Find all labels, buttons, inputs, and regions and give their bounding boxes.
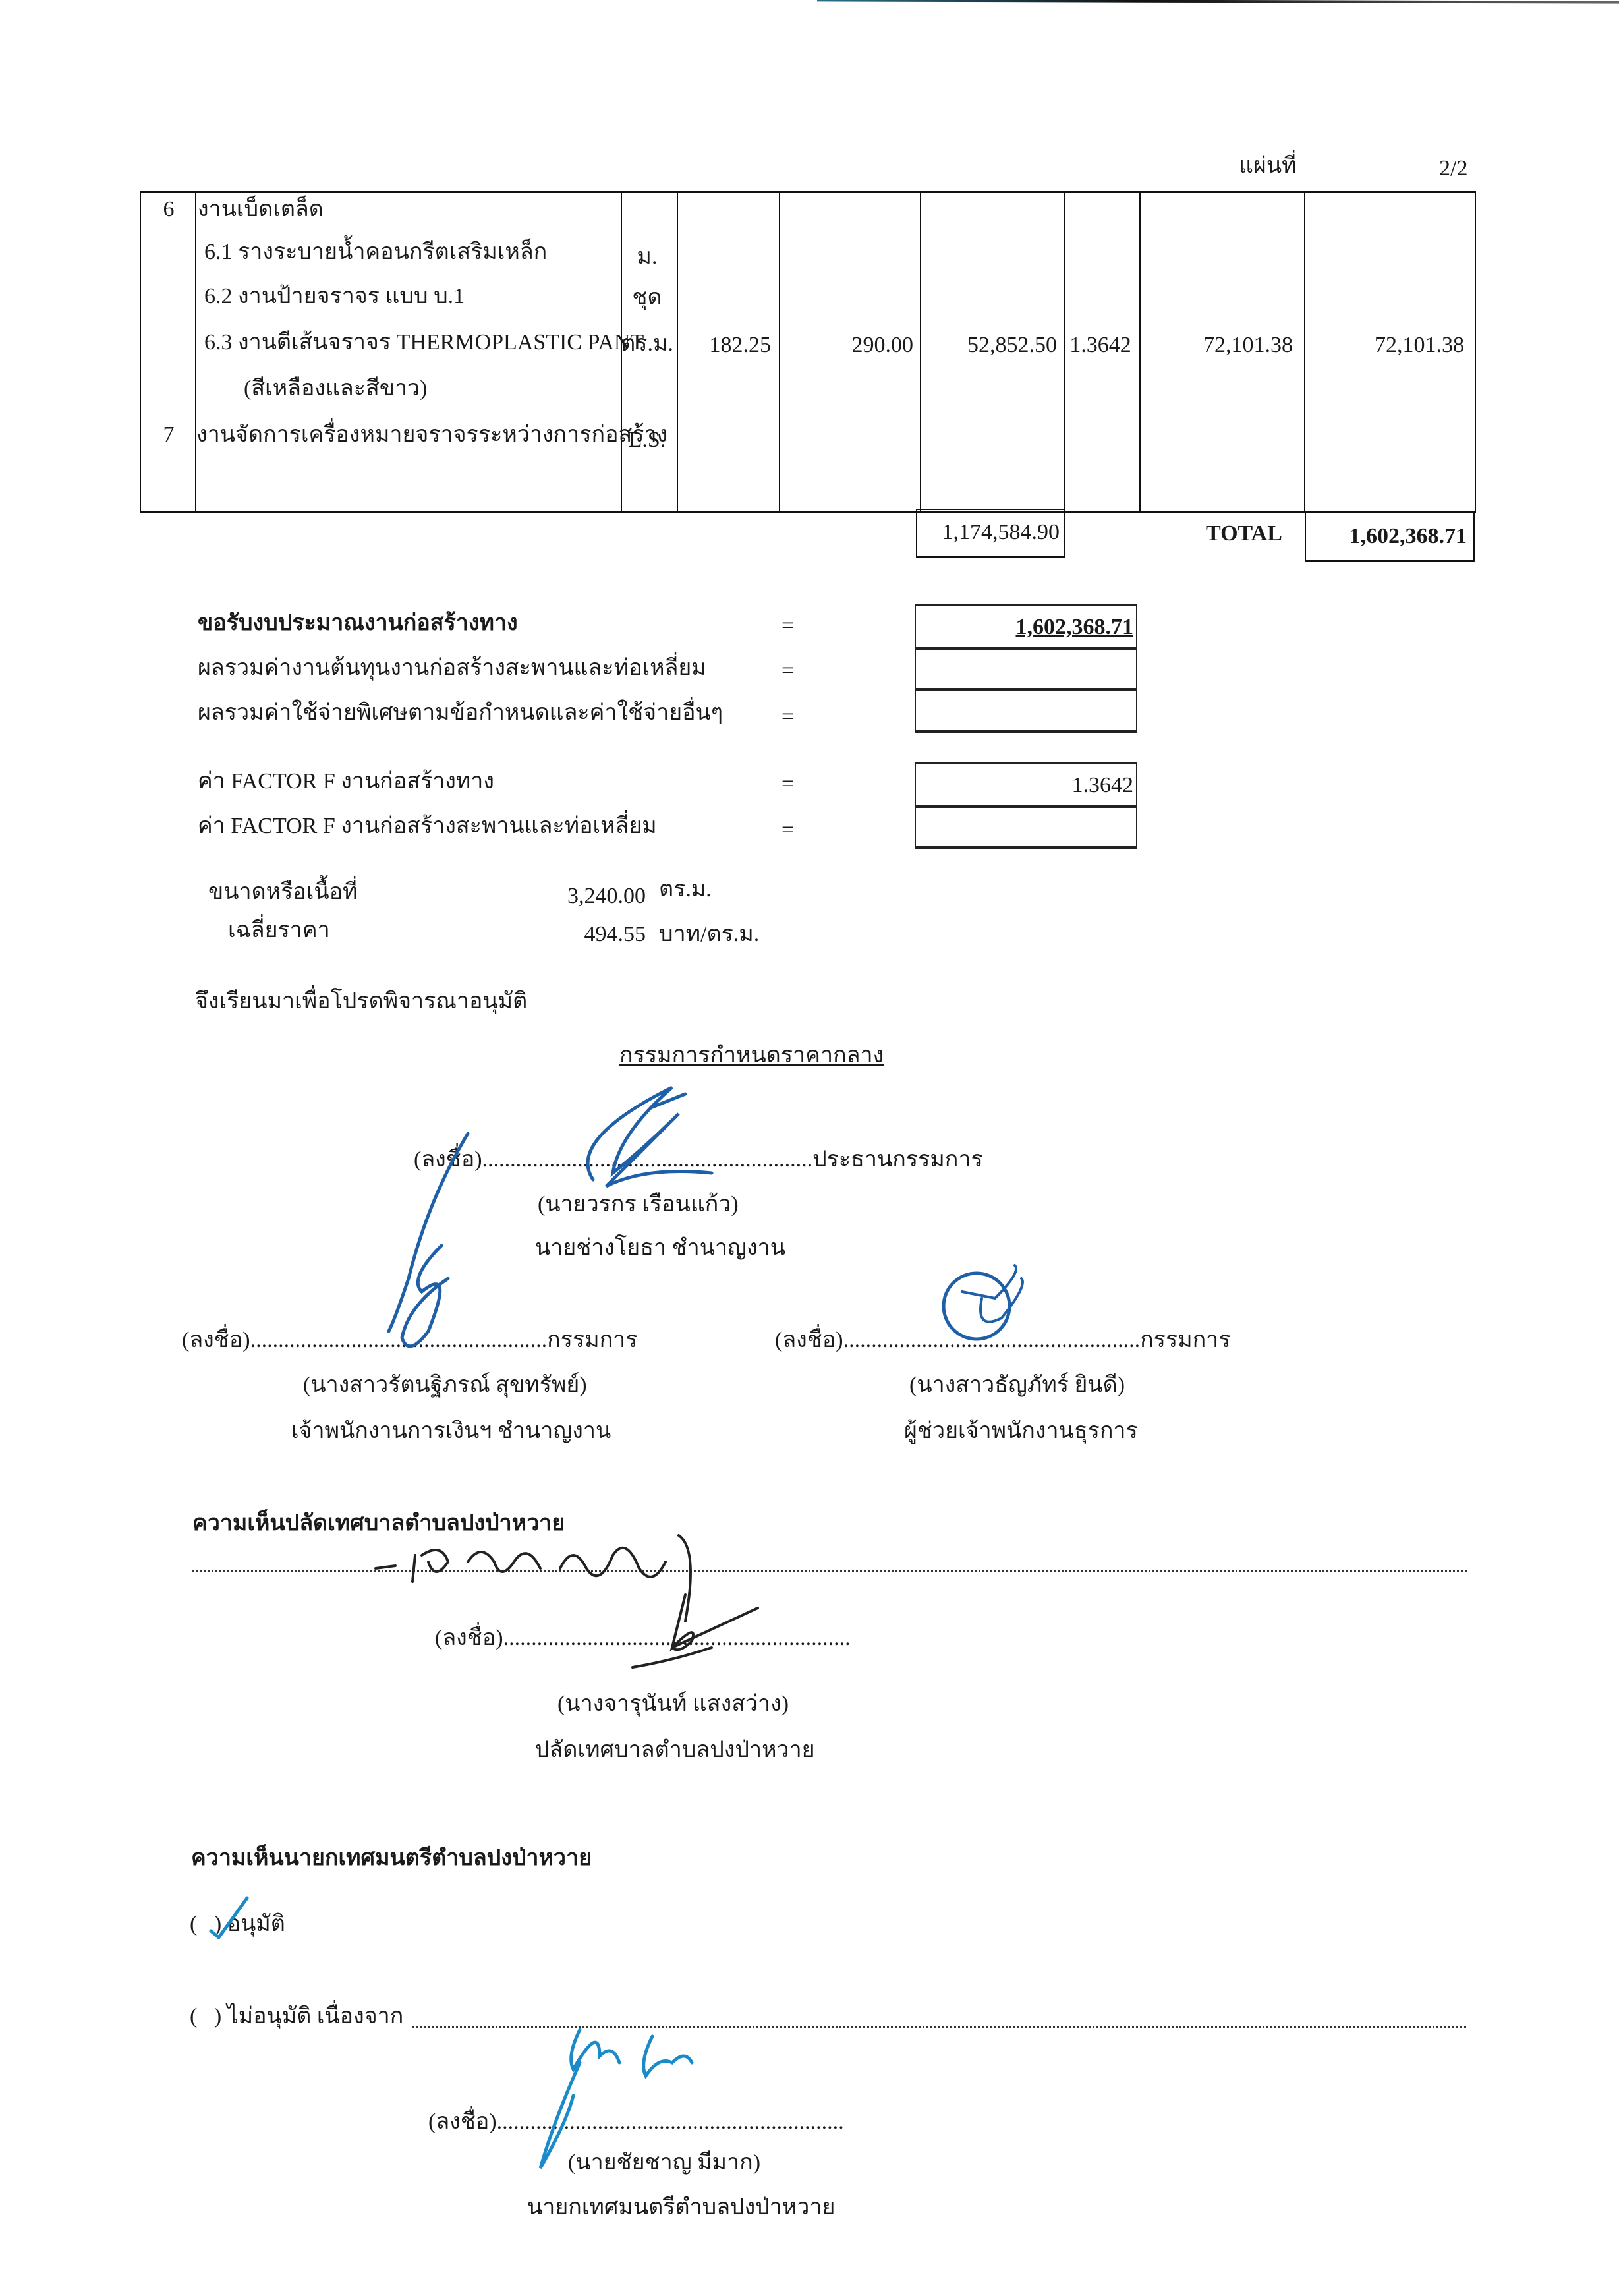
row-unit: ตร.ม. <box>617 331 677 357</box>
clerk-position: ปลัดเทศบาลตำบลปงป่าหวาย <box>535 1737 815 1764</box>
clerk-name: (นางจารุนันท์ แสงสว่าง) <box>557 1691 789 1717</box>
summary-label: ขอรับงบประมาณงานก่อสร้างทาง <box>198 610 518 637</box>
row-description: งานจัดการเครื่องหมายจราจรระหว่างการก่อสร… <box>196 422 667 448</box>
row-total: 72,101.38 <box>1306 332 1464 359</box>
summary-label: ผลรวมค่างานต้นทุนงานก่อสร้างสะพานและท่อเ… <box>198 655 706 681</box>
row-quantity: 182.25 <box>680 332 771 359</box>
avg-unit: บาท/ตร.ม. <box>659 921 759 948</box>
area-unit: ตร.ม. <box>659 876 712 903</box>
budget-value: 1,602,368.71 <box>1016 614 1134 641</box>
subtotal-box: 1,174,584.90 <box>916 509 1065 558</box>
member1-position: เจ้าพนักงานการเงินฯ ชำนาญงาน <box>291 1418 611 1445</box>
factor-equals: = <box>781 817 794 844</box>
road-factor-value: 1.3642 <box>1072 772 1134 799</box>
factor-equals: = <box>781 771 794 797</box>
mayor-opinion-heading: ความเห็นนายกเทศมนตรีตำบลปงป่าหวาย <box>191 1845 592 1872</box>
approve-checkmark <box>191 1891 250 1944</box>
member2-name: (นางสาวธัญภัทร์ ยินดี) <box>909 1372 1125 1398</box>
row-description: (สีเหลืองและสีขาว) <box>244 376 427 402</box>
row-description: 6.3 งานตีเส้นจราจร THERMOPLASTIC PANT <box>204 330 644 356</box>
row-unit: ชุด <box>621 285 673 311</box>
reject-checkbox[interactable]: ( ) <box>190 2004 221 2028</box>
row-no: 7 <box>149 422 188 448</box>
summary-label: ผลรวมค่าใช้จ่ายพิเศษตามข้อกำหนดและค่าใช้… <box>198 700 723 726</box>
row-unit: ม. <box>621 244 673 270</box>
bridge-factor-box <box>915 805 1137 849</box>
area-label: ขนาดหรือเนื้อที่ <box>208 879 357 905</box>
special-cost-box <box>915 689 1137 733</box>
scan-edge <box>817 0 1619 4</box>
summary-equals: = <box>781 704 794 730</box>
grand-total-box: 1,602,368.71 <box>1305 511 1475 562</box>
summary-equals: = <box>781 658 794 684</box>
closing-text: จึงเรียนมาเพื่อโปรดพิจารณาอนุมัติ <box>195 989 527 1015</box>
subtotal-amount: 1,174,584.90 <box>942 519 1060 546</box>
sheet-label: แผ่นที่ <box>1239 153 1297 179</box>
mayor-position: นายกเทศมนตรีตำบลปงป่าหวาย <box>527 2195 835 2221</box>
row-no: 6 <box>149 196 188 223</box>
member1-name: (นางสาวรัตนฐิภรณ์ สุขทรัพย์) <box>303 1372 587 1398</box>
row-description: งานเบ็ดเตล็ด <box>198 196 324 223</box>
member2-position: ผู้ช่วยเจ้าพนักงานธุรการ <box>904 1418 1138 1445</box>
row-amount: 52,852.50 <box>923 332 1057 359</box>
bridge-cost-box <box>915 647 1137 691</box>
chair-role: ประธานกรรมการ <box>812 1147 983 1172</box>
road-factor-box: 1.3642 <box>915 762 1137 808</box>
summary-equals: = <box>781 613 794 639</box>
avg-value: 494.55 <box>501 921 646 948</box>
avg-label: เฉลี่ยราคา <box>228 917 330 944</box>
clerk-signature <box>593 1595 778 1674</box>
total-label: TOTAL <box>1206 521 1282 547</box>
reject-option[interactable]: ( ) ไม่อนุมัติ เนื่องจาก <box>190 2003 403 2030</box>
row-description: 6.2 งานป้ายจราจร แบบ บ.1 <box>204 283 465 310</box>
row-factor: 1.3642 <box>1064 332 1137 359</box>
member2-signature <box>936 1259 1054 1358</box>
row-amount-with-factor: 72,101.38 <box>1140 332 1293 359</box>
budget-value-box: 1,602,368.71 <box>915 604 1137 650</box>
row-unit-price: 290.00 <box>784 332 913 359</box>
factor-label: ค่า FACTOR F งานก่อสร้างสะพานและท่อเหลี่… <box>198 813 657 840</box>
member2-role: กรรมการ <box>1140 1328 1230 1352</box>
sheet-number: 2/2 <box>1439 156 1467 182</box>
area-value: 3,240.00 <box>501 883 646 909</box>
committee-heading: กรรมการกำหนดราคากลาง <box>619 1043 884 1069</box>
grand-total: 1,602,368.71 <box>1349 523 1467 550</box>
factor-label: ค่า FACTOR F งานก่อสร้างทาง <box>198 768 494 795</box>
mayor-signature <box>527 2017 725 2175</box>
member1-signature <box>382 1239 474 1358</box>
row-description: 6.1 รางระบายน้ำคอนกรีตเสริมเหล็ก <box>204 239 547 266</box>
row-unit: L.S. <box>621 427 673 453</box>
